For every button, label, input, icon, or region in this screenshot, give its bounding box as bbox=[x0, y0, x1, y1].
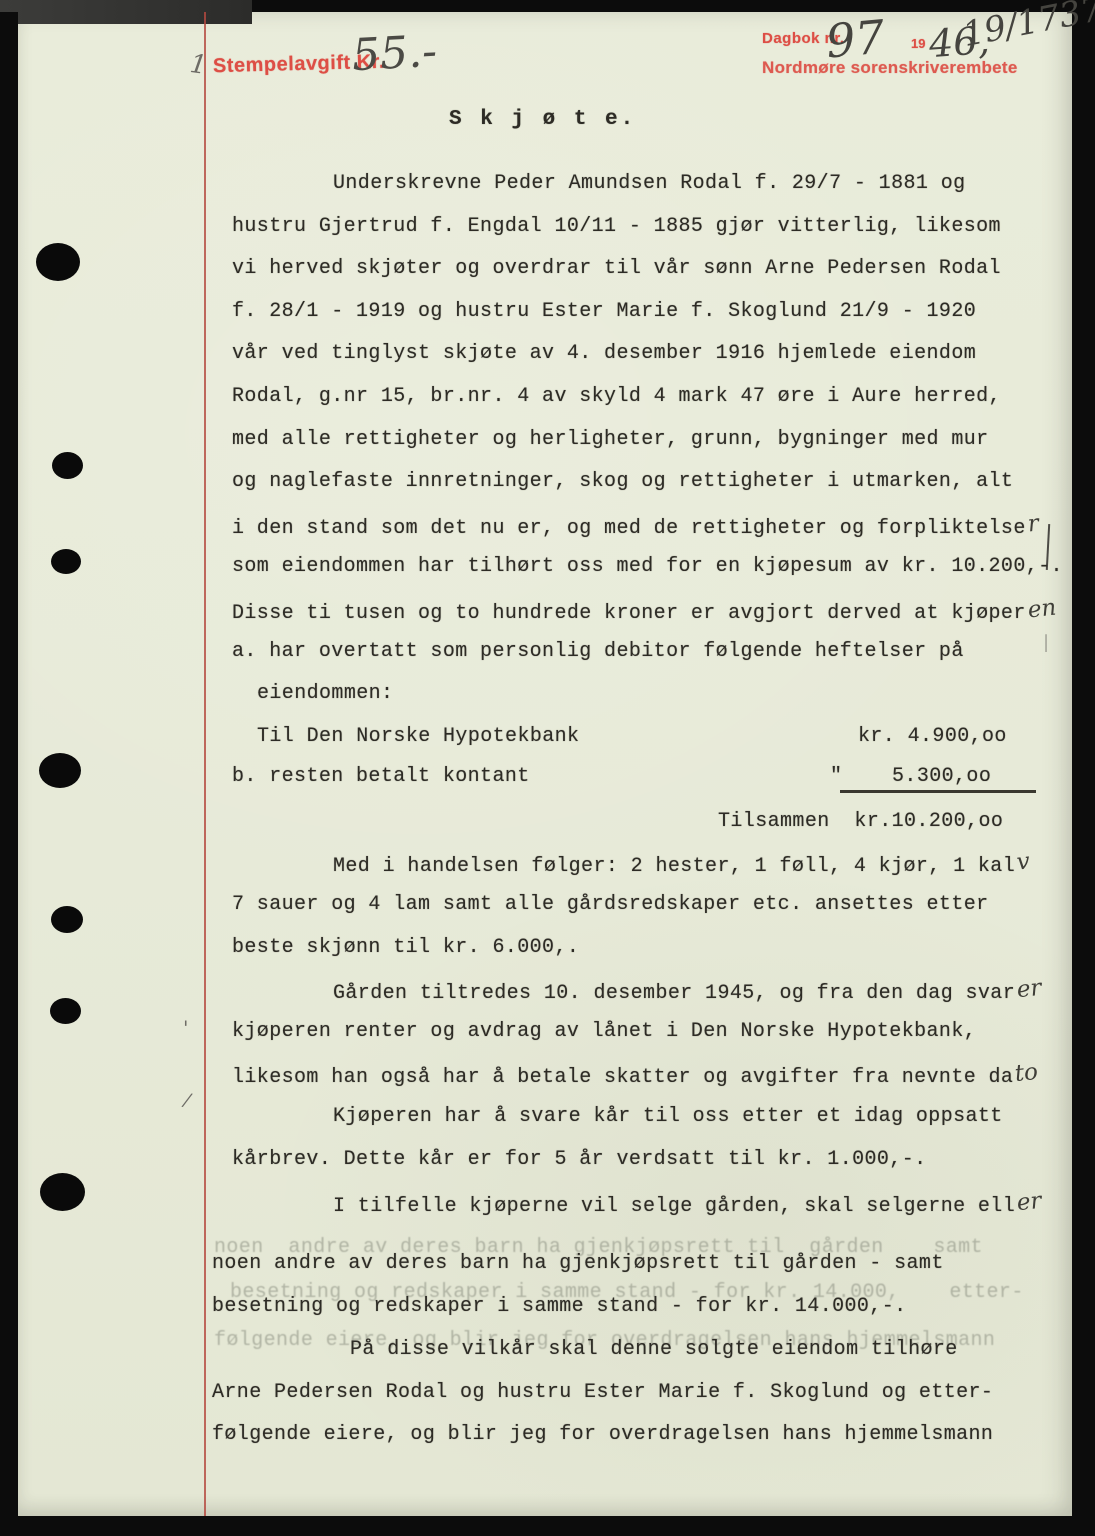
typed-line: følgende eiere, og blir jeg for overdrag… bbox=[212, 1423, 993, 1446]
typed-line: Gården tiltredes 10. desember 1945, og f… bbox=[333, 978, 1042, 1005]
amount-hypotekbank: kr. 4.900,oo bbox=[858, 725, 1007, 748]
typed-line: Med i handelsen følger: 2 hester, 1 føll… bbox=[333, 851, 1030, 878]
punch-hole bbox=[50, 998, 81, 1024]
punch-hole bbox=[51, 549, 81, 574]
typed-line: kårbrev. Dette kår er for 5 år verdsatt … bbox=[232, 1148, 927, 1171]
typed-line: og naglefaste innretninger, skog og rett… bbox=[232, 470, 1013, 493]
typed-line: Kjøperen har å svare kår til oss etter e… bbox=[333, 1105, 1003, 1128]
typed-line: b. resten betalt kontant bbox=[232, 765, 530, 788]
handwritten-stamp-duty-amount: 55.- bbox=[351, 26, 438, 81]
typed-line: noen andre av deres barn ha gjenkjøpsret… bbox=[212, 1252, 944, 1275]
typed-line: Arne Pedersen Rodal og hustru Ester Mari… bbox=[212, 1381, 993, 1404]
scanned-deed-page: 1 Stempelavgift Kr. 55.- Dagbok nr. 97 1… bbox=[0, 0, 1095, 1536]
handwritten-correction: to bbox=[1014, 1059, 1040, 1087]
typed-line: besetning og redskaper i samme stand - f… bbox=[212, 1295, 907, 1318]
punch-hole bbox=[51, 906, 83, 933]
typed-line: med alle rettigheter og herligheter, gru… bbox=[232, 428, 989, 451]
typed-line: vi herved skjøter og overdrar til vår sø… bbox=[232, 257, 1001, 280]
typed-line: som eiendommen har tilhørt oss med for e… bbox=[232, 555, 1063, 578]
typed-line: Til Den Norske Hypotekbank bbox=[257, 725, 579, 748]
typed-line: eiendommen: bbox=[257, 682, 393, 705]
punch-hole bbox=[40, 1173, 85, 1211]
typed-line: 7 sauer og 4 lam samt alle gårdsredskape… bbox=[232, 893, 989, 916]
typed-line: På disse vilkår skal denne solgte eiendo… bbox=[350, 1338, 958, 1361]
margin-rule-line bbox=[204, 12, 206, 1516]
document-title: S k j ø t e. bbox=[449, 108, 636, 131]
punch-hole bbox=[36, 243, 80, 281]
typed-line: vår ved tinglyst skjøte av 4. desember 1… bbox=[232, 342, 976, 365]
handwritten-correction: er bbox=[1016, 975, 1043, 1003]
handwritten-correction: r bbox=[1026, 511, 1040, 538]
typed-line: Disse ti tusen og to hundrede kroner er … bbox=[232, 598, 1056, 625]
pencil-tick-mark: ' bbox=[183, 1016, 189, 1040]
typed-line: beste skjønn til kr. 6.000,. bbox=[232, 936, 579, 959]
typed-line: i den stand som det nu er, og med de ret… bbox=[232, 513, 1039, 540]
typed-line: a. har overtatt som personlig debitor fø… bbox=[232, 640, 964, 663]
handwritten-correction: v bbox=[1016, 848, 1032, 875]
typed-line: Rodal, g.nr 15, br.nr. 4 av skyld 4 mark… bbox=[232, 385, 1001, 408]
sum-underline bbox=[840, 790, 1036, 793]
amount-kontant: " 5.300,oo bbox=[830, 765, 991, 788]
scan-border-bottom bbox=[0, 1516, 1095, 1536]
handwritten-correction: en bbox=[1026, 595, 1057, 624]
daybook-year-prefix: 19 bbox=[911, 36, 925, 51]
punch-hole bbox=[39, 753, 81, 788]
typed-line: f. 28/1 - 1919 og hustru Ester Marie f. … bbox=[232, 300, 976, 323]
typed-line: kjøperen renter og avdrag av lånet i Den… bbox=[232, 1020, 976, 1043]
typed-line: I tilfelle kjøperne vil selge gården, sk… bbox=[333, 1191, 1042, 1218]
scan-border-left bbox=[0, 12, 18, 1536]
punch-hole bbox=[52, 452, 83, 479]
typed-line: hustru Gjertrud f. Engdal 10/11 - 1885 g… bbox=[232, 215, 1001, 238]
office-name-stamp: Nordmøre sorenskriverembete bbox=[762, 58, 1018, 78]
typed-line: Underskrevne Peder Amundsen Rodal f. 29/… bbox=[333, 172, 966, 195]
scan-border-right bbox=[1072, 0, 1095, 1536]
scan-border-top-left-strip bbox=[0, 0, 252, 24]
pencil-tick-mark: | bbox=[1043, 632, 1049, 653]
typed-line: likesom han også har å betale skatter og… bbox=[232, 1062, 1038, 1089]
amount-total-line: Tilsammen kr.10.200,oo bbox=[718, 810, 1003, 833]
handwritten-correction: er bbox=[1016, 1188, 1043, 1216]
